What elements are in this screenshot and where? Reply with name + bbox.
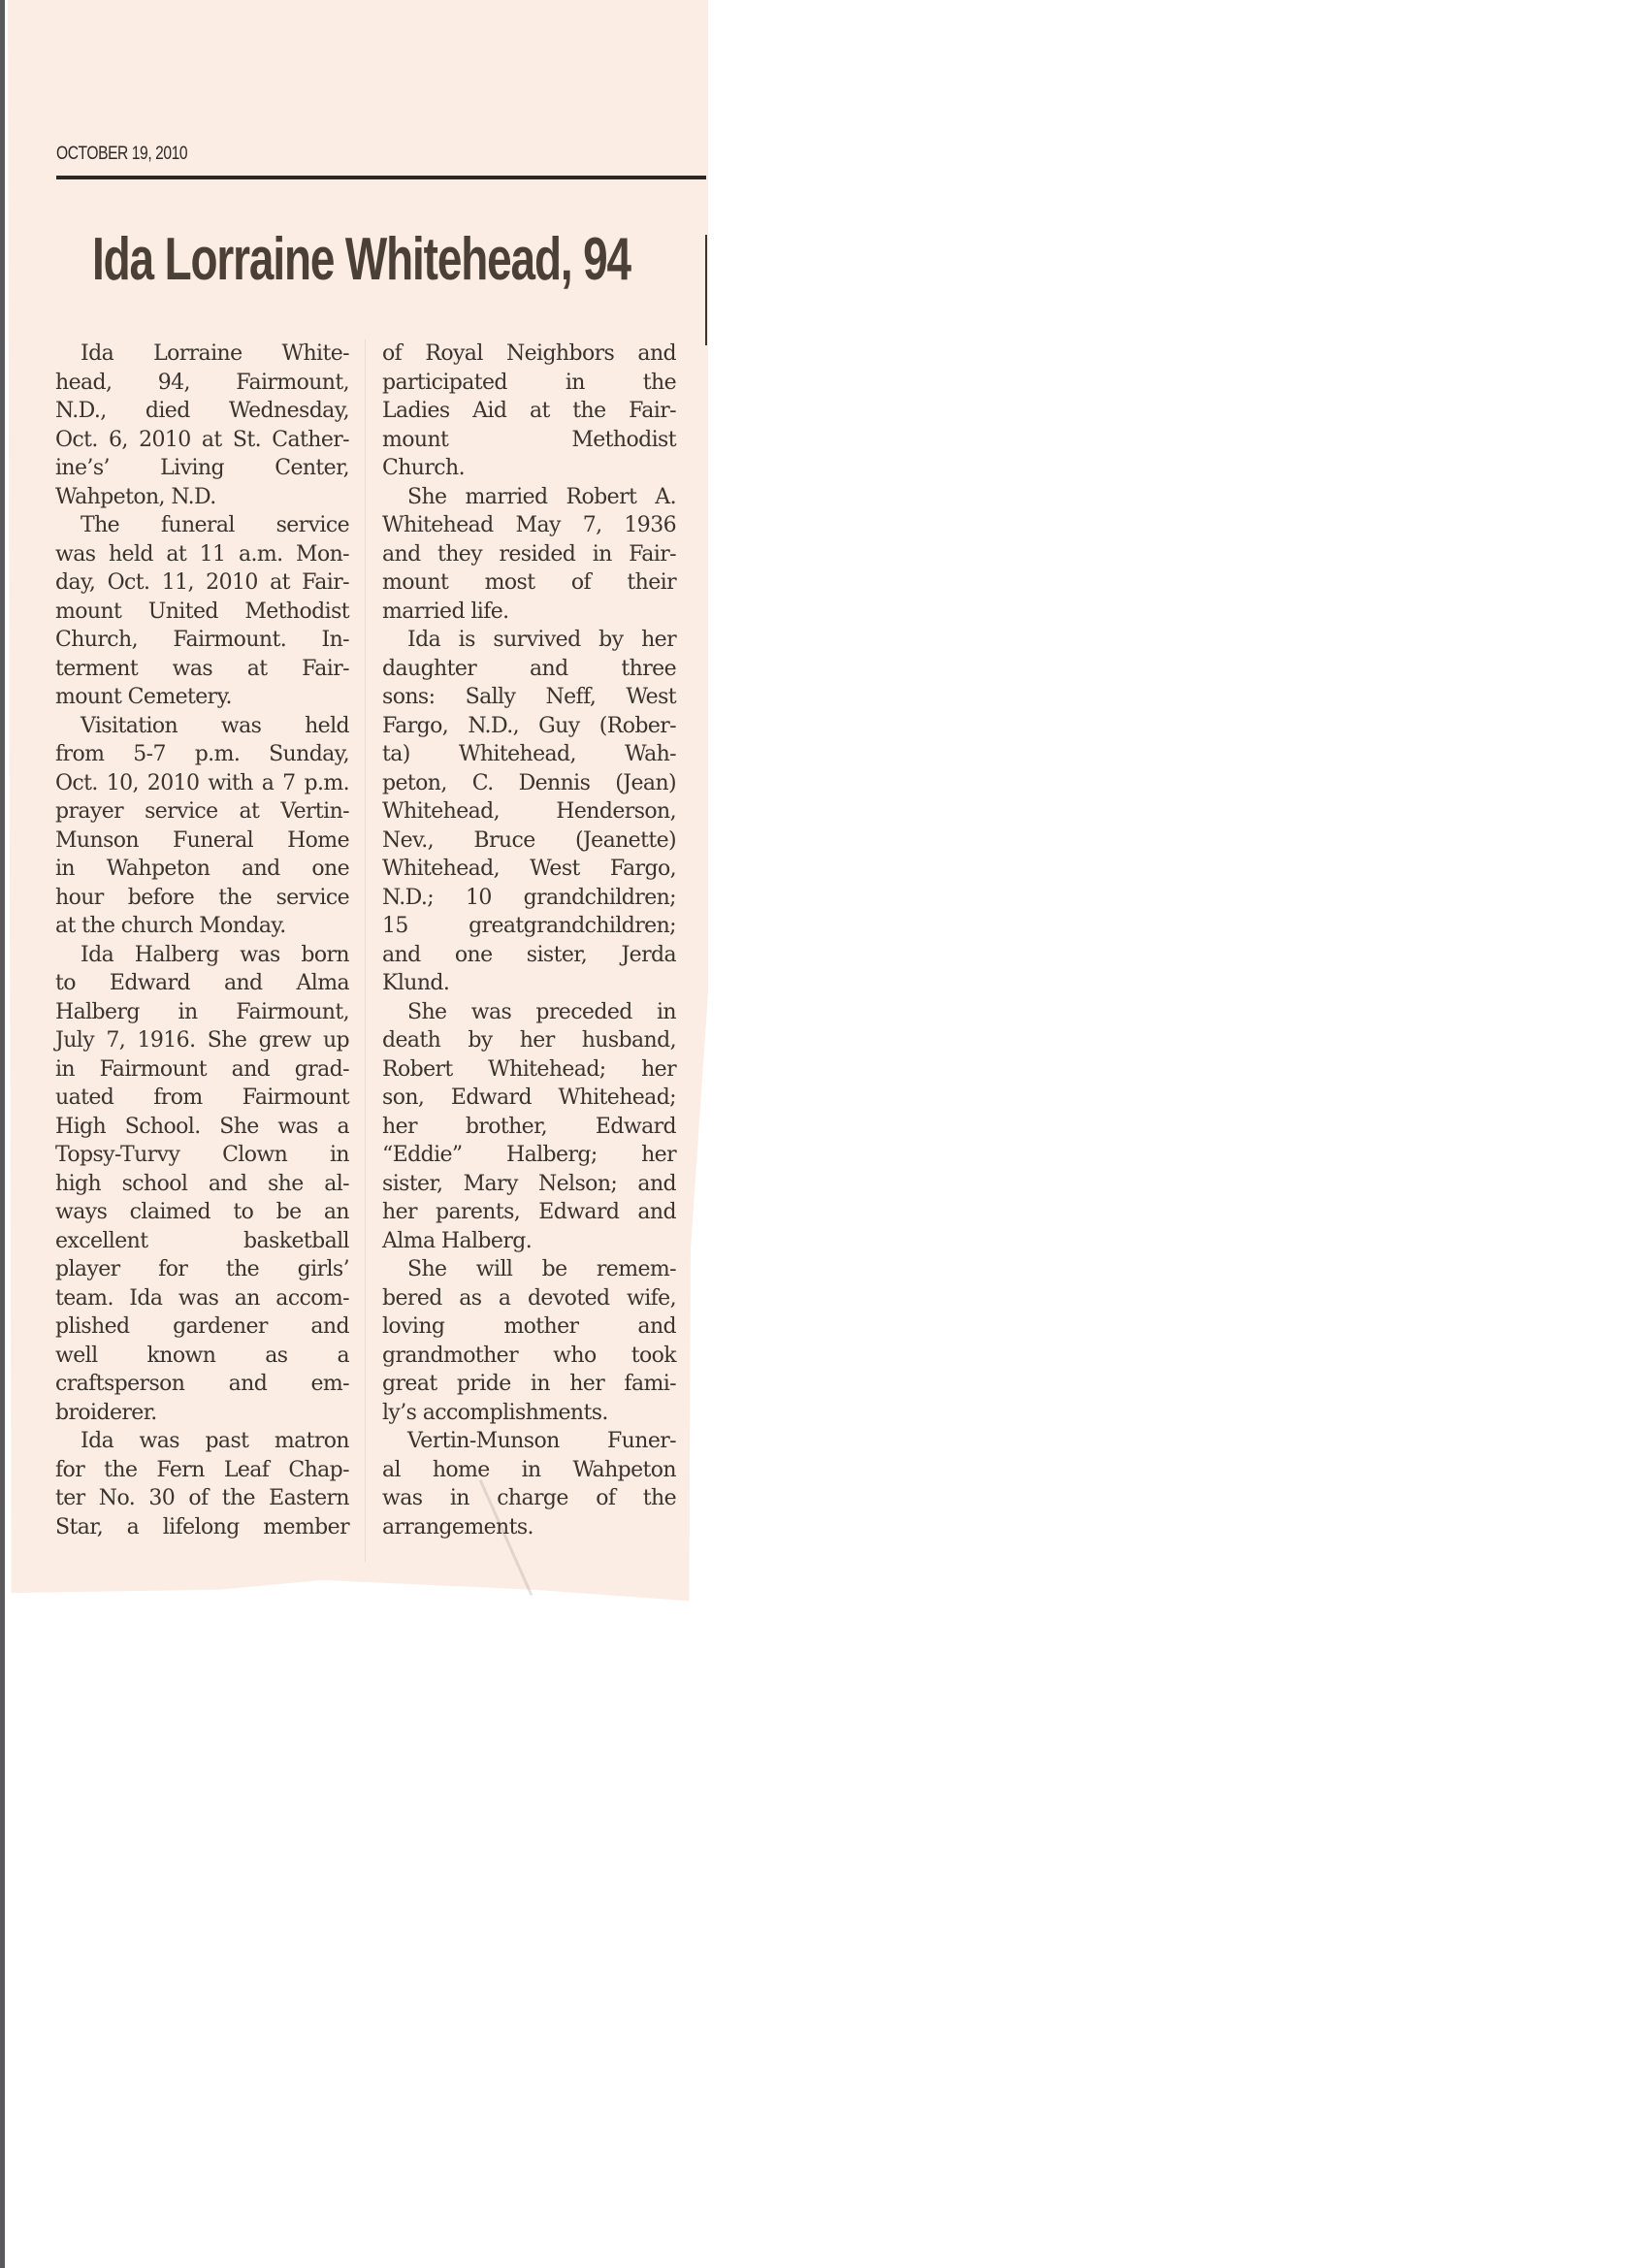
article-text-line: team. Ida was an accom- [55, 1284, 349, 1313]
article-text-line: Ida was past matron [55, 1427, 349, 1456]
article-text-line: ine’s’ Living Center, [55, 454, 349, 483]
article-text-line: her parents, Edward and [382, 1198, 676, 1227]
article-text-line: participated in the [382, 369, 676, 398]
article-text-line: Vertin-Munson Funer- [382, 1427, 676, 1456]
article-text-line: and they resided in Fair- [382, 540, 676, 569]
article-text-line: at the church Monday. [55, 912, 349, 941]
article-text-line: She will be remem- [382, 1255, 676, 1284]
article-text-line: Ida Halberg was born [55, 941, 349, 970]
article-text-line: N.D.; 10 grandchildren; [382, 884, 676, 913]
article-text-line: Oct. 6, 2010 at St. Cather- [55, 426, 349, 455]
article-text-line: and one sister, Jerda [382, 941, 676, 970]
article-text-line: daughter and three [382, 655, 676, 684]
article-text-line: Robert Whitehead; her [382, 1055, 676, 1085]
article-text-line: mount United Methodist [55, 598, 349, 627]
article-text-line: death by her husband, [382, 1026, 676, 1055]
article-text-line: head, 94, Fairmount, [55, 369, 349, 398]
article-text-line: sister, Mary Nelson; and [382, 1170, 676, 1199]
article-text-line: Oct. 10, 2010 with a 7 p.m. [55, 769, 349, 798]
article-text-line: broiderer. [55, 1399, 349, 1428]
article-text-line: in Fairmount and grad- [55, 1055, 349, 1085]
article-text-line: of Royal Neighbors and [382, 340, 676, 369]
article-text-line: N.D., died Wednesday, [55, 397, 349, 426]
obituary-headline: Ida Lorraine Whitehead, 94 [92, 225, 630, 294]
header-rule [56, 176, 706, 179]
article-text-line: bered as a devoted wife, [382, 1284, 676, 1313]
article-text-line: was in charge of the [382, 1484, 676, 1513]
article-text-line: Star, a lifelong member [55, 1513, 349, 1542]
article-text-line: craftsperson and em- [55, 1370, 349, 1399]
article-text-line: plished gardener and [55, 1312, 349, 1342]
article-text-line: ways claimed to be an [55, 1198, 349, 1227]
article-text-line: Ida is survived by her [382, 626, 676, 655]
article-text-line: high school and she al- [55, 1170, 349, 1199]
article-text-line: grandmother who took [382, 1342, 676, 1371]
article-text-line: peton, C. Dennis (Jean) [382, 769, 676, 798]
article-text-line: She married Robert A. [382, 483, 676, 512]
column-edge-bar [705, 235, 707, 345]
article-text-line: for the Fern Leaf Chap- [55, 1456, 349, 1485]
article-text-line: married life. [382, 598, 676, 627]
scanner-edge-border [0, 0, 5, 2268]
article-text-line: 15 greatgrandchildren; [382, 912, 676, 941]
article-text-line: Nev., Bruce (Jeanette) [382, 826, 676, 856]
article-text-line: Topsy-Turvy Clown in [55, 1141, 349, 1170]
article-text-line: well known as a [55, 1342, 349, 1371]
article-text-line: mount Cemetery. [55, 683, 349, 712]
article-text-line: Halberg in Fairmount, [55, 998, 349, 1027]
article-text-line: day, Oct. 11, 2010 at Fair- [55, 568, 349, 598]
article-text-line: Klund. [382, 969, 676, 998]
article-text-line: al home in Wahpeton [382, 1456, 676, 1485]
article-text-line: Whitehead, West Fargo, [382, 855, 676, 884]
article-column-1: Ida Lorraine White-head, 94, Fairmount,N… [55, 340, 349, 1541]
article-text-line: her brother, Edward [382, 1113, 676, 1142]
article-text-line: great pride in her fami- [382, 1370, 676, 1399]
article-text-line: Church, Fairmount. In- [55, 626, 349, 655]
article-text-line: High School. She was a [55, 1113, 349, 1142]
article-text-line: mount most of their [382, 568, 676, 598]
article-text-line: Church. [382, 454, 676, 483]
article-text-line: uated from Fairmount [55, 1084, 349, 1113]
article-text-line: to Edward and Alma [55, 969, 349, 998]
article-text-line: ta) Whitehead, Wah- [382, 740, 676, 769]
article-text-line: ly’s accomplishments. [382, 1399, 676, 1428]
article-text-line: “Eddie” Halberg; her [382, 1141, 676, 1170]
article-text-line: ter No. 30 of the Eastern [55, 1484, 349, 1513]
article-text-line: terment was at Fair- [55, 655, 349, 684]
article-text-line: July 7, 1916. She grew up [55, 1026, 349, 1055]
article-text-line: Munson Funeral Home [55, 826, 349, 856]
article-text-line: prayer service at Vertin- [55, 797, 349, 826]
article-text-line: Ladies Aid at the Fair- [382, 397, 676, 426]
article-text-line: loving mother and [382, 1312, 676, 1342]
article-text-line: Wahpeton, N.D. [55, 483, 349, 512]
article-text-line: Alma Halberg. [382, 1227, 676, 1256]
article-text-line: player for the girls’ [55, 1255, 349, 1284]
article-text-line: son, Edward Whitehead; [382, 1084, 676, 1113]
article-text-line: Ida Lorraine White- [55, 340, 349, 369]
article-text-line: mount Methodist [382, 426, 676, 455]
article-column-2: of Royal Neighbors andparticipated in th… [382, 340, 676, 1541]
article-text-line: Fargo, N.D., Guy (Rober- [382, 712, 676, 741]
article-text-line: was held at 11 a.m. Mon- [55, 540, 349, 569]
article-text-line: Whitehead, Henderson, [382, 797, 676, 826]
article-text-line: arrangements. [382, 1513, 676, 1542]
article-text-line: Visitation was held [55, 712, 349, 741]
article-text-line: in Wahpeton and one [55, 855, 349, 884]
article-text-line: hour before the service [55, 884, 349, 913]
article-text-line: Whitehead May 7, 1936 [382, 511, 676, 540]
article-text-line: from 5-7 p.m. Sunday, [55, 740, 349, 769]
column-divider [365, 340, 366, 1562]
publication-date: OCTOBER 19, 2010 [56, 144, 187, 165]
article-text-line: The funeral service [55, 511, 349, 540]
article-text-line: excellent basketball [55, 1227, 349, 1256]
article-text-line: She was preceded in [382, 998, 676, 1027]
article-text-line: sons: Sally Neff, West [382, 683, 676, 712]
